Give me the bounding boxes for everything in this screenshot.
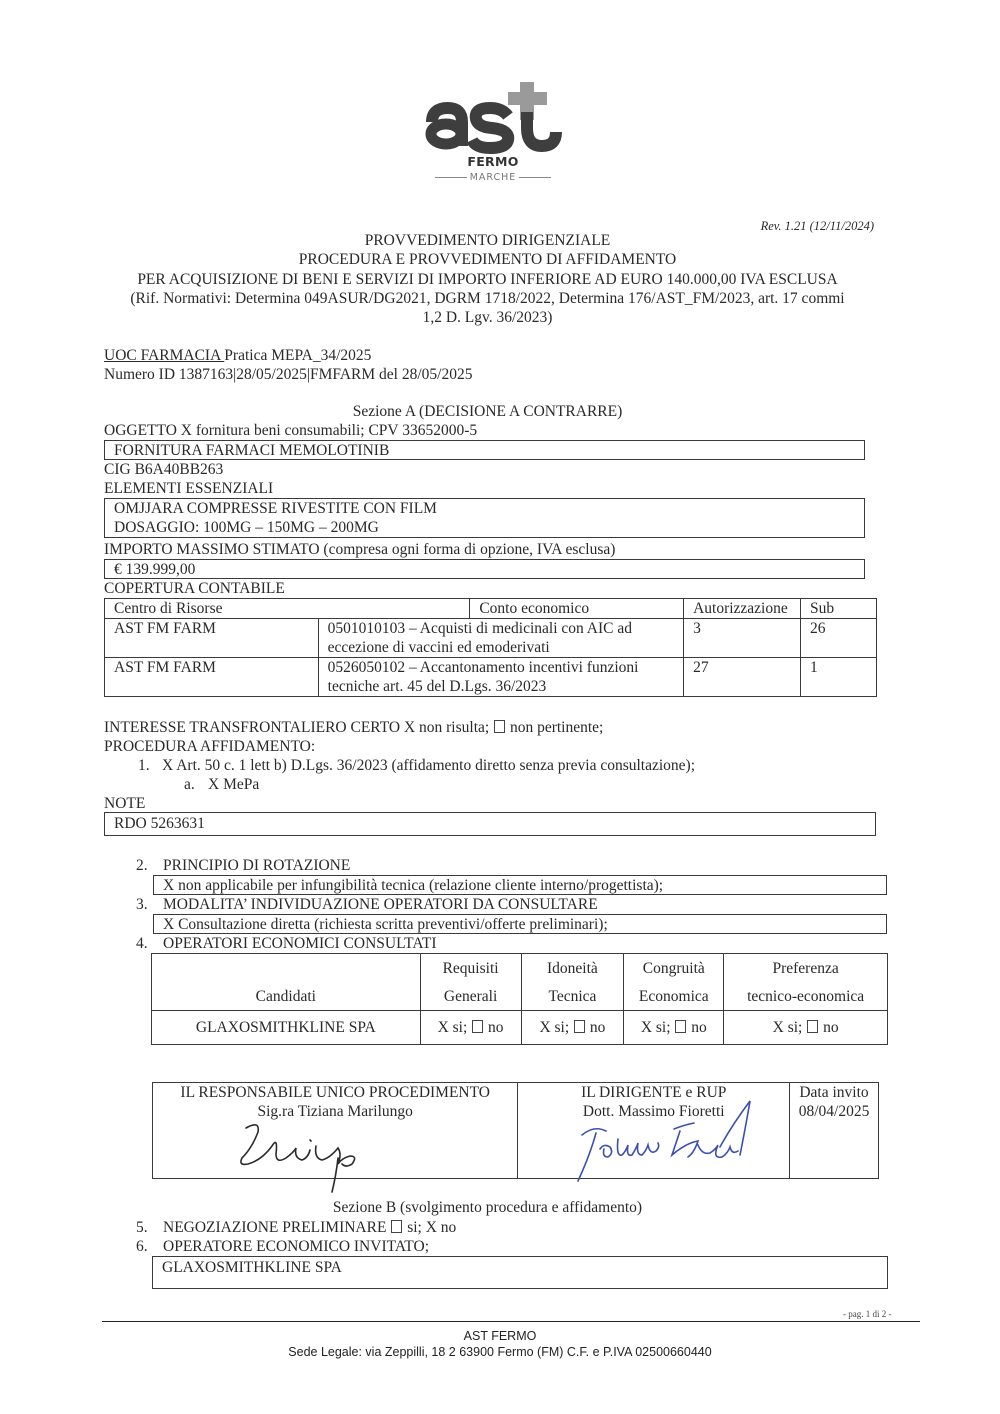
checkbox-empty-icon: [391, 1220, 402, 1233]
header-candidati: Candidati: [152, 954, 421, 1011]
item-4-number: 4.: [136, 934, 148, 953]
data-invito-value: 08/04/2025: [790, 1102, 878, 1121]
table-row: GLAXOSMITHKLINE SPA X si; no X si; no X …: [152, 1011, 888, 1045]
title-line-4: (Rif. Normativi: Determina 049ASUR/DG202…: [100, 289, 875, 308]
operatori-table: Candidati RequisitiGenerali IdoneitàTecn…: [151, 953, 888, 1045]
table-row: AST FM FARM 0501010103 – Acquisti di med…: [105, 619, 877, 658]
conto-line-2: eccezione di vaccini ed emoderivati: [328, 638, 674, 657]
elementi-line-1: OMJJARA COMPRESSE RIVESTITE CON FILM: [114, 499, 437, 518]
logo-region: FERMO: [418, 154, 568, 169]
cell-autorizzazione: 27: [684, 658, 801, 697]
footer-divider: [102, 1321, 920, 1322]
ast-logo-icon: [418, 82, 568, 154]
procedura-item-1-number: 1.: [138, 756, 150, 775]
check-si: X si;: [773, 1019, 807, 1036]
cell-centro: AST FM FARM: [105, 658, 319, 697]
operatori-header-row: Candidati RequisitiGenerali IdoneitàTecn…: [152, 954, 888, 1011]
cell-conto: 0526050102 – Accantonamento incentivi fu…: [318, 658, 683, 697]
note-value: RDO 5263631: [114, 814, 205, 833]
elementi-label: ELEMENTI ESSENZIALI: [104, 479, 273, 498]
item-6-number: 6.: [136, 1237, 148, 1256]
item-5-number: 5.: [136, 1218, 148, 1237]
cell-idoneita: X si; no: [521, 1011, 624, 1045]
item-3-value: X Consultazione diretta (richiesta scrit…: [163, 915, 608, 934]
department-label: UOC FARMACIA: [104, 347, 224, 364]
item-2-label: PRINCIPIO DI ROTAZIONE: [163, 856, 350, 875]
section-a-title: Sezione A (DECISIONE A CONTRARRE): [100, 402, 875, 421]
header-conto: Conto economico: [470, 599, 684, 619]
procedura-item-1: X Art. 50 c. 1 lett b) D.Lgs. 36/2023 (a…: [162, 756, 695, 775]
dirigente-signature-icon: [560, 1095, 770, 1190]
cell-sub: 26: [801, 619, 877, 658]
item-3-number: 3.: [136, 895, 148, 914]
importo-value: € 139.999,00: [114, 560, 195, 579]
rup-title: IL RESPONSABILE UNICO PROCEDIMENTO: [153, 1083, 517, 1102]
header-congruita: CongruitàEconomica: [624, 954, 724, 1011]
data-invito-label: Data invito: [790, 1083, 878, 1102]
header-line-1: Requisiti: [421, 959, 521, 978]
cell-autorizzazione: 3: [684, 619, 801, 658]
id-line: Numero ID 1387163|28/05/2025|FMFARM del …: [104, 365, 472, 384]
rup-signature-icon: [238, 1118, 378, 1198]
procedura-sub-number: a.: [184, 775, 195, 794]
cell-conto: 0501010103 – Acquisti di medicinali con …: [318, 619, 683, 658]
check-si: X si;: [539, 1019, 573, 1036]
item-2-value: X non applicabile per infungibilità tecn…: [163, 876, 663, 895]
item-2-field: X non applicabile per infungibilità tecn…: [153, 875, 887, 895]
conto-line-1: 0501010103 – Acquisti di medicinali con …: [328, 619, 674, 638]
title-line-1: PROVVEDIMENTO DIRIGENZIALE: [100, 231, 875, 250]
check-si: X si;: [438, 1019, 472, 1036]
title-line-2: PROCEDURA E PROVVEDIMENTO DI AFFIDAMENTO: [100, 250, 875, 269]
note-field: RDO 5263631: [104, 812, 876, 836]
header-centro: Centro di Risorse: [105, 599, 470, 619]
item-6-value: GLAXOSMITHKLINE SPA: [162, 1258, 342, 1277]
check-no: no: [484, 1019, 503, 1036]
checkbox-empty-icon: [472, 1020, 483, 1033]
note-label: NOTE: [104, 794, 145, 813]
check-no: no: [586, 1019, 605, 1036]
cell-preferenza: X si; no: [724, 1011, 888, 1045]
item-5-choice: si; X no: [403, 1219, 456, 1236]
header-line-2: tecnico-economica: [724, 987, 887, 1006]
importo-field: € 139.999,00: [104, 559, 865, 579]
cell-candidato: GLAXOSMITHKLINE SPA: [152, 1011, 421, 1045]
page-number: - pag. 1 di 2 -: [843, 1309, 892, 1319]
header-line-2: Tecnica: [522, 987, 624, 1006]
practice-line: UOC FARMACIA Pratica MEPA_34/2025: [104, 346, 371, 365]
logo-subregion: MARCHE: [418, 172, 568, 183]
check-no: no: [819, 1019, 838, 1036]
procedura-label: PROCEDURA AFFIDAMENTO:: [104, 737, 315, 756]
oggetto-field: FORNITURA FARMACI MEMOLOTINIB: [104, 440, 865, 460]
conto-line-1: 0526050102 – Accantonamento incentivi fu…: [328, 658, 674, 677]
interesse-text: INTERESSE TRANSFRONTALIERO CERTO X non r…: [104, 719, 493, 736]
checkbox-empty-icon: [807, 1020, 818, 1033]
cell-sub: 1: [801, 658, 877, 697]
check-si: X si;: [641, 1019, 675, 1036]
cig-label: CIG B6A40BB263: [104, 460, 223, 479]
cell-centro: AST FM FARM: [105, 619, 319, 658]
elementi-field: OMJJARA COMPRESSE RIVESTITE CON FILM DOS…: [104, 498, 865, 538]
item-3-label: MODALITA’ INDIVIDUAZIONE OPERATORI DA CO…: [163, 895, 598, 914]
practice-number: Pratica MEPA_34/2025: [224, 347, 371, 364]
checkbox-empty-icon: [675, 1020, 686, 1033]
check-no: no: [687, 1019, 706, 1036]
header-line-2: Generali: [421, 987, 521, 1006]
item-6-field: GLAXOSMITHKLINE SPA: [152, 1256, 888, 1289]
header-autorizzazione: Autorizzazione: [684, 599, 801, 619]
interesse-line: INTERESSE TRANSFRONTALIERO CERTO X non r…: [104, 718, 603, 737]
procedura-sub-item: X MePa: [208, 775, 259, 794]
importo-label: IMPORTO MASSIMO STIMATO (compresa ogni f…: [104, 540, 615, 559]
copertura-label: COPERTURA CONTABILE: [104, 579, 285, 598]
item-5-line: NEGOZIAZIONE PRELIMINARE si; X no: [163, 1218, 456, 1237]
item-2-number: 2.: [136, 856, 148, 875]
ast-fermo-logo: FERMO MARCHE: [418, 82, 568, 192]
header-requisiti: RequisitiGenerali: [420, 954, 521, 1011]
item-5-label: NEGOZIAZIONE PRELIMINARE: [163, 1219, 390, 1236]
title-line-3: PER ACQUISIZIONE DI BENI E SERVIZI DI IM…: [100, 270, 875, 289]
data-cell: Data invito 08/04/2025: [790, 1083, 879, 1179]
interesse-suffix: non pertinente;: [506, 719, 603, 736]
header-line-1: Congruità: [624, 959, 723, 978]
title-line-5: 1,2 D. Lgv. 36/2023): [100, 308, 875, 327]
elementi-line-2: DOSAGGIO: 100MG – 150MG – 200MG: [114, 518, 379, 537]
cell-congruita: X si; no: [624, 1011, 724, 1045]
header-idoneita: IdoneitàTecnica: [521, 954, 624, 1011]
footer-org: AST FERMO: [0, 1329, 1000, 1343]
header-candidati-label: Candidati: [152, 987, 420, 1006]
header-line-1: Idoneità: [522, 959, 624, 978]
copertura-header-row: Centro di Risorse Conto economico Autori…: [105, 599, 877, 619]
conto-line-2: tecniche art. 45 del D.Lgs. 36/2023: [328, 677, 674, 696]
header-line-2: Economica: [624, 987, 723, 1006]
header-sub: Sub: [801, 599, 877, 619]
cell-requisiti: X si; no: [420, 1011, 521, 1045]
item-3-field: X Consultazione diretta (richiesta scrit…: [153, 914, 887, 934]
section-b-title: Sezione B (svolgimento procedura e affid…: [100, 1198, 875, 1217]
checkbox-empty-icon: [494, 720, 505, 733]
footer-address: Sede Legale: via Zeppilli, 18 2 63900 Fe…: [0, 1345, 1000, 1359]
oggetto-label: OGGETTO X fornitura beni consumabili; CP…: [104, 421, 477, 440]
item-6-label: OPERATORE ECONOMICO INVITATO;: [163, 1237, 429, 1256]
copertura-table: Centro di Risorse Conto economico Autori…: [104, 598, 877, 697]
oggetto-value: FORNITURA FARMACI MEMOLOTINIB: [114, 441, 389, 460]
item-4-label: OPERATORI ECONOMICI CONSULTATI: [163, 934, 436, 953]
header-line-1: Preferenza: [724, 959, 887, 978]
checkbox-empty-icon: [574, 1020, 585, 1033]
header-preferenza: Preferenzatecnico-economica: [724, 954, 888, 1011]
table-row: AST FM FARM 0526050102 – Accantonamento …: [105, 658, 877, 697]
